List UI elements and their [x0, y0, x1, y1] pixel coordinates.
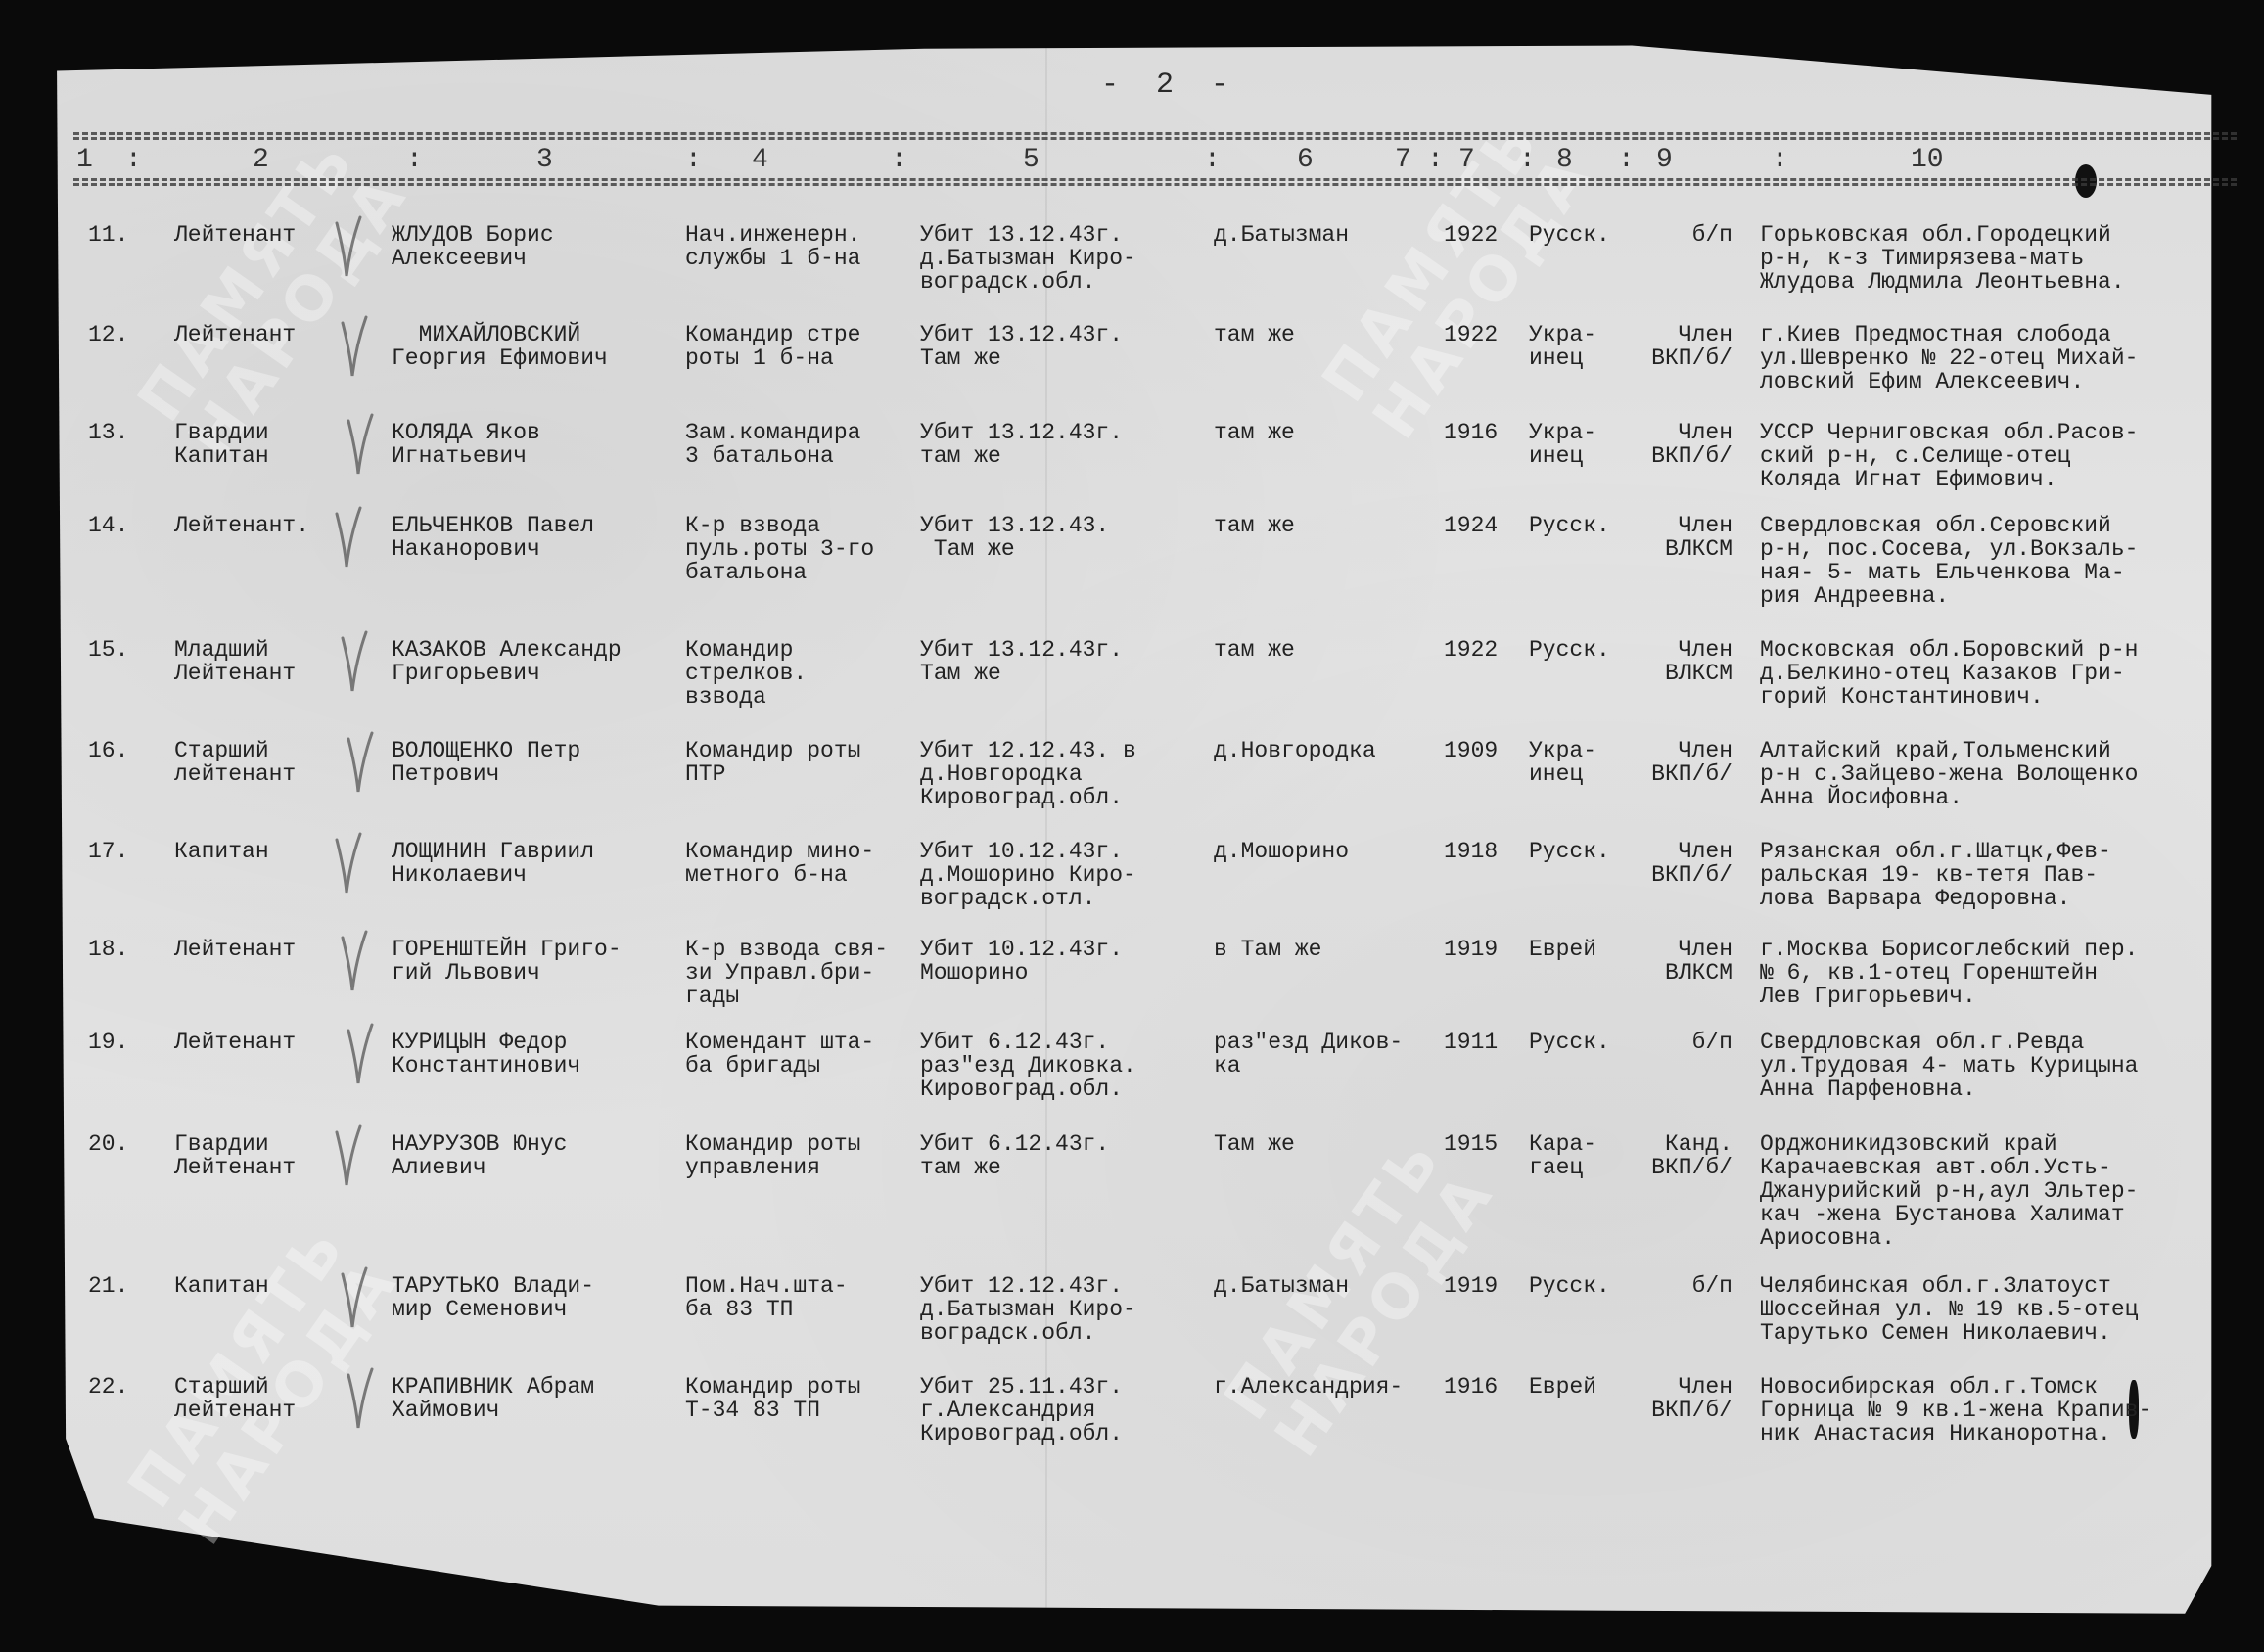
- handwritten-checkmark-icon: [333, 506, 362, 574]
- handwritten-checkmark-icon: [345, 413, 374, 482]
- death-info: Убит 13.12.43г. д.Батызман Киро- воградс…: [920, 223, 1136, 294]
- next-of-kin-address: Новосибирская обл.г.Томск Горница № 9 кв…: [1760, 1375, 2151, 1445]
- next-of-kin-address: г.Москва Борисоглебский пер. № 6, кв.1-о…: [1760, 938, 2138, 1008]
- military-rank: Старший лейтенант: [174, 1375, 296, 1422]
- death-info: Убит 25.11.43г. г.Александрия Кировоград…: [920, 1375, 1123, 1445]
- burial-place: там же: [1214, 514, 1295, 537]
- handwritten-checkmark-icon: [339, 315, 368, 384]
- handwritten-checkmark-icon: [339, 1266, 368, 1335]
- handwritten-checkmark-icon: [345, 731, 374, 800]
- party-membership: Член ВЛКСМ: [1625, 938, 1733, 985]
- burial-place: раз"езд Диков- ка: [1214, 1031, 1403, 1078]
- party-membership: б/п: [1625, 1031, 1733, 1054]
- record-number: 22.: [88, 1375, 128, 1399]
- full-name: ГОРЕНШТЕЙН Григо- гий Львович: [392, 938, 622, 985]
- military-rank: Старший лейтенант: [174, 739, 296, 786]
- burial-place: Там же: [1214, 1132, 1295, 1156]
- header-rule-top: [73, 132, 2237, 140]
- record-number: 21.: [88, 1274, 128, 1298]
- next-of-kin-address: Свердловская обл.г.Ревда ул.Трудовая 4- …: [1760, 1031, 2138, 1101]
- handwritten-checkmark-icon: [345, 1367, 374, 1436]
- party-membership: Член ВКП/б/: [1625, 840, 1733, 887]
- full-name: КОЛЯДА Яков Игнатьевич: [392, 421, 540, 468]
- handwritten-checkmark-icon: [339, 930, 368, 998]
- nationality: Русск.: [1529, 1274, 1610, 1298]
- burial-place: в Там же: [1214, 938, 1321, 961]
- nationality: Еврей: [1529, 938, 1596, 961]
- birth-year: 1919: [1444, 1274, 1498, 1298]
- birth-year: 1918: [1444, 840, 1498, 863]
- full-name: ВОЛОЩЕНКО Петр Петрович: [392, 739, 580, 786]
- death-info: Убит 12.12.43. в д.Новгородка Кировоград…: [920, 739, 1136, 809]
- position: Комендант шта- ба бригады: [685, 1031, 874, 1078]
- record-number: 17.: [88, 840, 128, 863]
- birth-year: 1916: [1444, 421, 1498, 444]
- next-of-kin-address: Рязанская обл.г.Шатцк,Фев- ральская 19- …: [1760, 840, 2111, 910]
- column-header: 6: [1297, 145, 1314, 175]
- position: Командир стрелков. взвода: [685, 638, 807, 709]
- nationality: Русск.: [1529, 840, 1610, 863]
- birth-year: 1922: [1444, 223, 1498, 247]
- column-header: 3: [536, 145, 553, 175]
- position: Пом.Нач.шта- ба 83 ТП: [685, 1274, 848, 1321]
- page-number: - 2 -: [1101, 69, 1238, 102]
- burial-place: г.Александрия-: [1214, 1375, 1403, 1399]
- party-membership: Член ВКП/б/: [1625, 421, 1733, 468]
- birth-year: 1919: [1444, 938, 1498, 961]
- burial-place: там же: [1214, 638, 1295, 662]
- next-of-kin-address: Московская обл.Боровский р-н д.Белкино-о…: [1760, 638, 2138, 709]
- birth-year: 1922: [1444, 638, 1498, 662]
- next-of-kin-address: Орджоникидзовский край Карачаевская авт.…: [1760, 1132, 2138, 1250]
- burial-place: там же: [1214, 421, 1295, 444]
- nationality: Укра- инец: [1529, 323, 1596, 370]
- birth-year: 1924: [1444, 514, 1498, 537]
- death-info: Убит 13.12.43г. Там же: [920, 323, 1123, 370]
- burial-place: д.Батызман: [1214, 1274, 1349, 1298]
- party-membership: Член ВЛКСМ: [1625, 514, 1733, 561]
- birth-year: 1909: [1444, 739, 1498, 762]
- military-rank: Лейтенант: [174, 1031, 296, 1054]
- party-membership: Член ВКП/б/: [1625, 323, 1733, 370]
- full-name: ЖЛУДОВ Борис Алексеевич: [392, 223, 554, 270]
- handwritten-checkmark-icon: [333, 1124, 362, 1193]
- record-number: 19.: [88, 1031, 128, 1054]
- next-of-kin-address: Горьковская обл.Городецкий р-н, к-з Тими…: [1760, 223, 2125, 294]
- death-info: Убит 6.12.43г. раз"езд Диковка. Кировогр…: [920, 1031, 1136, 1101]
- party-membership: б/п: [1625, 223, 1733, 247]
- party-membership: б/п: [1625, 1274, 1733, 1298]
- full-name: КУРИЦЫН Федор Константинович: [392, 1031, 580, 1078]
- header-rule-bottom: [73, 178, 2237, 186]
- full-name: НАУРУЗОВ Юнус Алиевич: [392, 1132, 567, 1179]
- column-header: 2: [253, 145, 269, 175]
- position: Командир роты ПТР: [685, 739, 860, 786]
- position: Командир мино- метного б-на: [685, 840, 874, 887]
- birth-year: 1916: [1444, 1375, 1498, 1399]
- position: Командир роты управления: [685, 1132, 860, 1179]
- handwritten-checkmark-icon: [345, 1023, 374, 1091]
- record-number: 16.: [88, 739, 128, 762]
- death-info: Убит 10.12.43г. д.Мошорино Киро- воградс…: [920, 840, 1136, 910]
- nationality: Русск.: [1529, 638, 1610, 662]
- military-rank: Лейтенант: [174, 323, 296, 346]
- military-rank: Капитан: [174, 840, 269, 863]
- record-number: 20.: [88, 1132, 128, 1156]
- full-name: ЕЛЬЧЕНКОВ Павел Наканорович: [392, 514, 594, 561]
- record-number: 13.: [88, 421, 128, 444]
- position: Командир роты Т-34 83 ТП: [685, 1375, 860, 1422]
- full-name: ЛОЩИНИН Гавриил Николаевич: [392, 840, 594, 887]
- party-membership: Канд. ВКП/б/: [1625, 1132, 1733, 1179]
- column-header: 1: [76, 145, 93, 175]
- burial-place: д.Батызман: [1214, 223, 1349, 247]
- column-header: 8: [1556, 145, 1573, 175]
- military-rank: Младший Лейтенант: [174, 638, 296, 685]
- military-rank: Гвардии Лейтенант: [174, 1132, 296, 1179]
- burial-place: д.Мошорино: [1214, 840, 1349, 863]
- position: К-р взвода свя- зи Управл.бри- гады: [685, 938, 888, 1008]
- handwritten-checkmark-icon: [333, 215, 362, 284]
- birth-year: 1922: [1444, 323, 1498, 346]
- handwritten-checkmark-icon: [339, 630, 368, 699]
- military-rank: Гвардии Капитан: [174, 421, 269, 468]
- birth-year: 1915: [1444, 1132, 1498, 1156]
- column-header: 9: [1656, 145, 1673, 175]
- column-header: 7: [1458, 145, 1475, 175]
- full-name: МИХАЙЛОВСКИЙ Георгия Ефимович: [392, 323, 608, 370]
- death-info: Убит 13.12.43г. там же: [920, 421, 1123, 468]
- death-info: Убит 13.12.43. Там же: [920, 514, 1109, 561]
- next-of-kin-address: Челябинская обл.г.Златоуст Шоссейная ул.…: [1760, 1274, 2138, 1345]
- nationality: Кара- гаец: [1529, 1132, 1596, 1179]
- record-number: 18.: [88, 938, 128, 961]
- position: Нач.инженерн. службы 1 б-на: [685, 223, 860, 270]
- burial-place: там же: [1214, 323, 1295, 346]
- column-header: 10: [1911, 145, 1944, 175]
- death-info: Убит 12.12.43г. д.Батызман Киро- воградс…: [920, 1274, 1136, 1345]
- nationality: Еврей: [1529, 1375, 1596, 1399]
- record-number: 11.: [88, 223, 128, 247]
- nationality: Русск.: [1529, 514, 1610, 537]
- full-name: КАЗАКОВ Александр Григорьевич: [392, 638, 622, 685]
- record-number: 14.: [88, 514, 128, 537]
- military-rank: Лейтенант.: [174, 514, 309, 537]
- nationality: Укра- инец: [1529, 421, 1596, 468]
- handwritten-checkmark-icon: [333, 832, 362, 900]
- nationality: Укра- инец: [1529, 739, 1596, 786]
- military-rank: Лейтенант: [174, 223, 296, 247]
- position: Зам.командира 3 батальона: [685, 421, 860, 468]
- full-name: КРАПИВНИК Абрам Хаймович: [392, 1375, 594, 1422]
- position: Командир стре роты 1 б-на: [685, 323, 860, 370]
- death-info: Убит 13.12.43г. Там же: [920, 638, 1123, 685]
- burial-place: д.Новгородка: [1214, 739, 1376, 762]
- nationality: Русск.: [1529, 223, 1610, 247]
- next-of-kin-address: УССР Черниговская обл.Расов- ский р-н, с…: [1760, 421, 2138, 491]
- column-header: 7: [1395, 145, 1411, 175]
- next-of-kin-address: Свердловская обл.Серовский р-н, пос.Сосе…: [1760, 514, 2138, 608]
- position: К-р взвода пуль.роты 3-го батальона: [685, 514, 874, 584]
- column-header: 5: [1023, 145, 1040, 175]
- party-membership: Член ВЛКСМ: [1625, 638, 1733, 685]
- birth-year: 1911: [1444, 1031, 1498, 1054]
- death-info: Убит 10.12.43г. Мошорино: [920, 938, 1123, 985]
- column-header: 4: [752, 145, 768, 175]
- death-info: Убит 6.12.43г. там же: [920, 1132, 1109, 1179]
- party-membership: Член ВКП/б/: [1625, 1375, 1733, 1422]
- record-number: 15.: [88, 638, 128, 662]
- next-of-kin-address: г.Киев Предмостная слобода ул.Шевренко №…: [1760, 323, 2138, 393]
- military-rank: Лейтенант: [174, 938, 296, 961]
- next-of-kin-address: Алтайский край,Тольменский р-н с.Зайцево…: [1760, 739, 2138, 809]
- military-rank: Капитан: [174, 1274, 269, 1298]
- record-number: 12.: [88, 323, 128, 346]
- party-membership: Член ВКП/б/: [1625, 739, 1733, 786]
- full-name: ТАРУТЬКО Влади- мир Семенович: [392, 1274, 594, 1321]
- nationality: Русск.: [1529, 1031, 1610, 1054]
